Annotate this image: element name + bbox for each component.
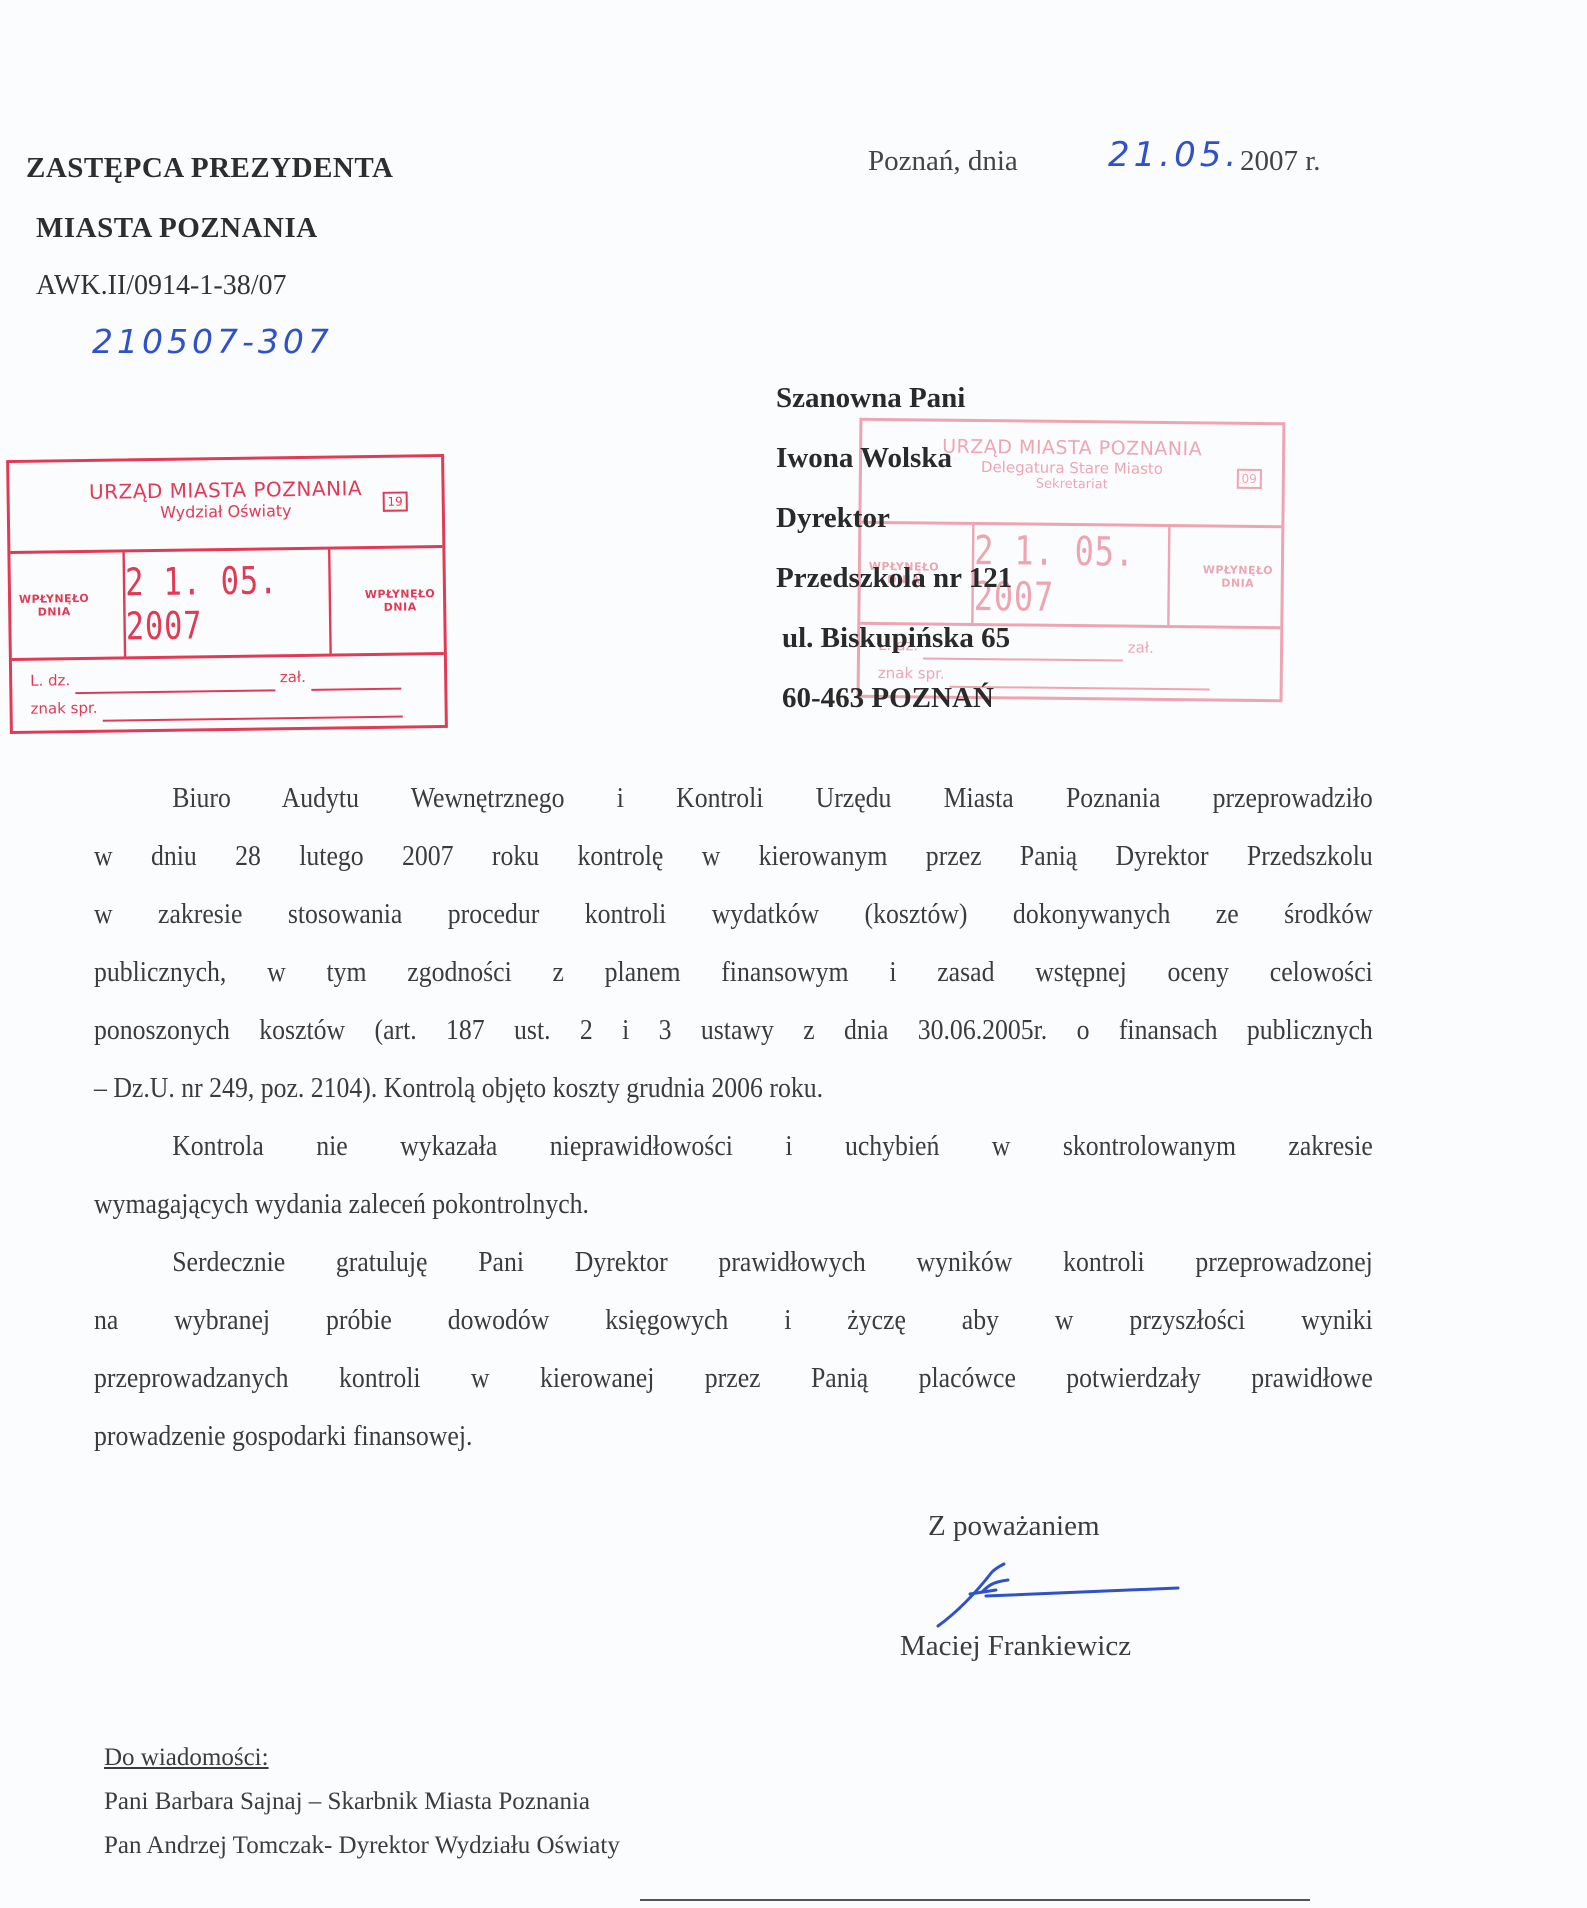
recipient-institution: Przedszkola nr 121	[776, 548, 1012, 608]
body-line: na wybranej próbie dowodów księgowych i …	[94, 1292, 1373, 1350]
stamp-label-left: WPŁYNĘŁODNIA	[10, 553, 97, 658]
body-line: – Dz.U. nr 249, poz. 2104). Kontrolą obj…	[94, 1060, 1373, 1118]
body-line: Kontrola nie wykazała nieprawidłowości i…	[94, 1118, 1373, 1176]
recipient-postal: 60-463 POZNAŃ	[776, 668, 1012, 728]
stamp-label-right: WPŁYNĘŁODNIA	[356, 548, 443, 653]
handwritten-date: 21.05.	[1108, 135, 1240, 175]
body-line: publicznych, w tym zgodności z planem fi…	[94, 944, 1373, 1002]
sender-title-line1: ZASTĘPCA PREZYDENTA	[26, 152, 394, 185]
cc-recipient: Pan Andrzej Tomczak- Dyrektor Wydziału O…	[104, 1824, 620, 1868]
stamp-date: 2 1. 05. 2007	[122, 550, 331, 657]
recipient-street: ul. Biskupińska 65	[776, 608, 1012, 668]
stamp-number: 09	[1236, 469, 1261, 489]
date-year: 2007 r.	[1240, 145, 1321, 178]
body-line: Biuro Audytu Wewnętrznego i Kontroli Urz…	[94, 770, 1373, 828]
received-stamp-wydzial-oswiaty: URZĄD MIASTA POZNANIA Wydział Oświaty 19…	[6, 454, 448, 734]
body-line: w zakresie stosowania procedur kontroli …	[94, 886, 1373, 944]
handwritten-reference: 210507-307	[92, 322, 333, 361]
signer-name: Maciej Frankiewicz	[900, 1630, 1131, 1663]
stamp-label-right: WPŁYNĘŁODNIA	[1194, 527, 1281, 626]
paragraph-3: Serdecznie gratuluję Pani Dyrektor prawi…	[94, 1234, 1373, 1466]
reference-number: AWK.II/0914-1-38/07	[36, 270, 286, 302]
cc-recipient: Pani Barbara Sajnaj – Skarbnik Miasta Po…	[104, 1780, 620, 1824]
stamp-number: 19	[382, 491, 408, 511]
recipient-salutation: Szanowna Pani	[776, 368, 1012, 428]
recipient-address: Szanowna Pani Iwona Wolska Dyrektor Prze…	[776, 368, 1012, 728]
paragraph-2: Kontrola nie wykazała nieprawidłowości i…	[94, 1118, 1373, 1234]
body-line: wymagających wydania zaleceń pokontrolny…	[94, 1176, 1373, 1234]
body-line: Serdecznie gratuluję Pani Dyrektor prawi…	[94, 1234, 1373, 1292]
place-label: Poznań, dnia	[868, 145, 1018, 178]
letter-body: Biuro Audytu Wewnętrznego i Kontroli Urz…	[94, 770, 1373, 1466]
recipient-title: Dyrektor	[776, 488, 1012, 548]
signature-icon	[930, 1560, 1190, 1630]
stamp-org: URZĄD MIASTA POZNANIA	[9, 457, 442, 505]
paragraph-1: Biuro Audytu Wewnętrznego i Kontroli Urz…	[94, 770, 1373, 1118]
sender-title-line2: MIASTA POZNANIA	[36, 212, 318, 245]
footer-rule	[640, 1899, 1310, 1901]
recipient-name: Iwona Wolska	[776, 428, 1012, 488]
body-line: w dniu 28 lutego 2007 roku kontrolę w ki…	[94, 828, 1373, 886]
body-line: ponoszonych kosztów (art. 187 ust. 2 i 3…	[94, 1002, 1373, 1060]
body-line: przeprowadzanych kontroli w kierowanej p…	[94, 1350, 1373, 1408]
cc-block: Do wiadomości: Pani Barbara Sajnaj – Ska…	[104, 1736, 620, 1868]
closing-regards: Z poważaniem	[928, 1510, 1100, 1543]
stamp-footer: L. dz. zał. znak spr.	[12, 655, 445, 729]
body-line: prowadzenie gospodarki finansowej.	[94, 1408, 1373, 1466]
cc-title: Do wiadomości:	[104, 1736, 620, 1780]
